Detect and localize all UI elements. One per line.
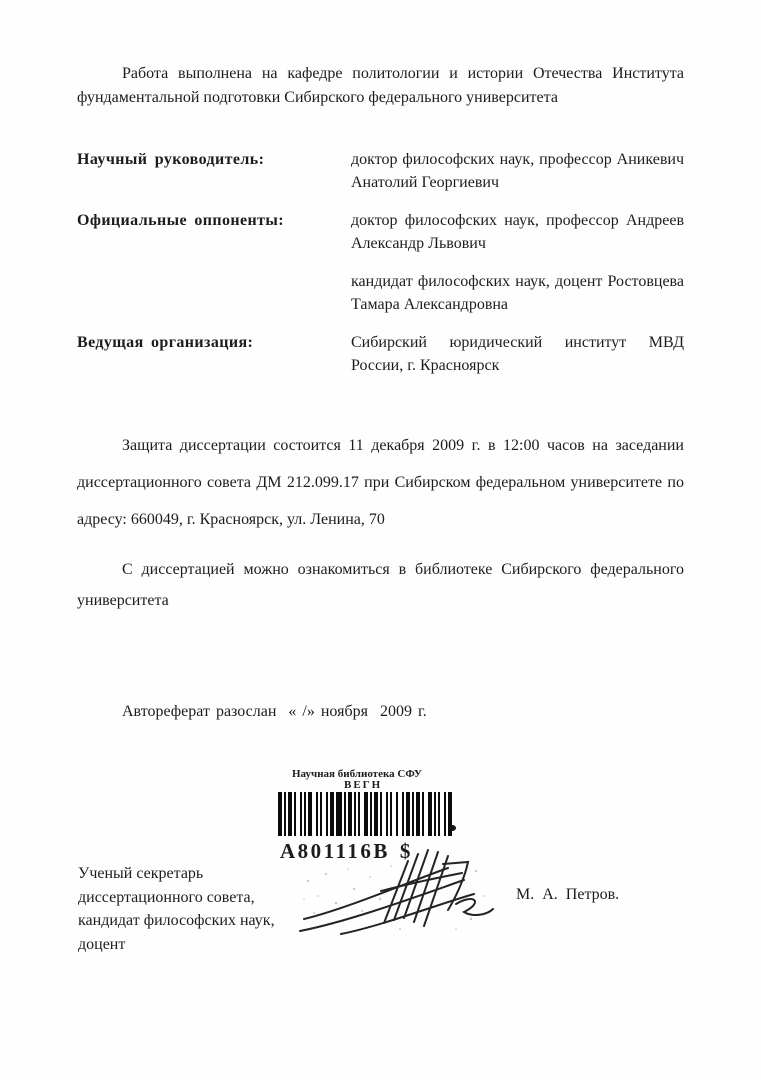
opponents-label: Официальные оппоненты: xyxy=(77,209,351,255)
supervisor-value: доктор философских наук, профессор Анике… xyxy=(351,148,684,194)
ink-dot xyxy=(449,825,456,831)
supervisor-label: Научный руководитель: xyxy=(77,148,351,194)
library-note-paragraph: С диссертацией можно ознакомиться в библ… xyxy=(77,554,684,616)
signature-strokes xyxy=(300,850,493,934)
signoff-line: Ученый секретарь xyxy=(78,862,275,886)
leading-org-label: Ведущая организация: xyxy=(77,331,351,377)
signature xyxy=(296,841,501,941)
committee-row: Научный руководитель: доктор философских… xyxy=(77,148,684,194)
barcode xyxy=(278,792,452,836)
committee-section: Научный руководитель: доктор философских… xyxy=(77,148,684,377)
signoff-block: Ученый секретарь диссертационного совета… xyxy=(78,862,275,956)
committee-row: Ведущая организация: Сибирский юридическ… xyxy=(77,331,684,377)
opponent-2-value: кандидат философских наук, доцент Ростов… xyxy=(351,270,684,316)
empty-label xyxy=(77,270,351,316)
signoff-line: кандидат философских наук, xyxy=(78,909,275,933)
distribution-line: Автореферат разослан « /» ноября 2009 г. xyxy=(77,700,684,724)
committee-row: кандидат философских наук, доцент Ростов… xyxy=(77,270,684,316)
signoff-line: доцент xyxy=(78,933,275,957)
stamp-sublabel: ВЕГН xyxy=(278,780,478,791)
document-page: Работа выполнена на кафедре политологии … xyxy=(0,0,761,1080)
committee-row: Официальные оппоненты: доктор философски… xyxy=(77,209,684,255)
secretary-name: М. А. Петров. xyxy=(516,886,619,904)
signoff-line: диссертационного совета, xyxy=(78,886,275,910)
affiliation-paragraph: Работа выполнена на кафедре политологии … xyxy=(77,62,684,110)
leading-org-value: Сибирский юридический институт МВД Росси… xyxy=(351,331,684,377)
opponent-1-value: доктор философских наук, профессор Андре… xyxy=(351,209,684,255)
defense-paragraph: Защита диссертации состоится 11 декабря … xyxy=(77,427,684,538)
